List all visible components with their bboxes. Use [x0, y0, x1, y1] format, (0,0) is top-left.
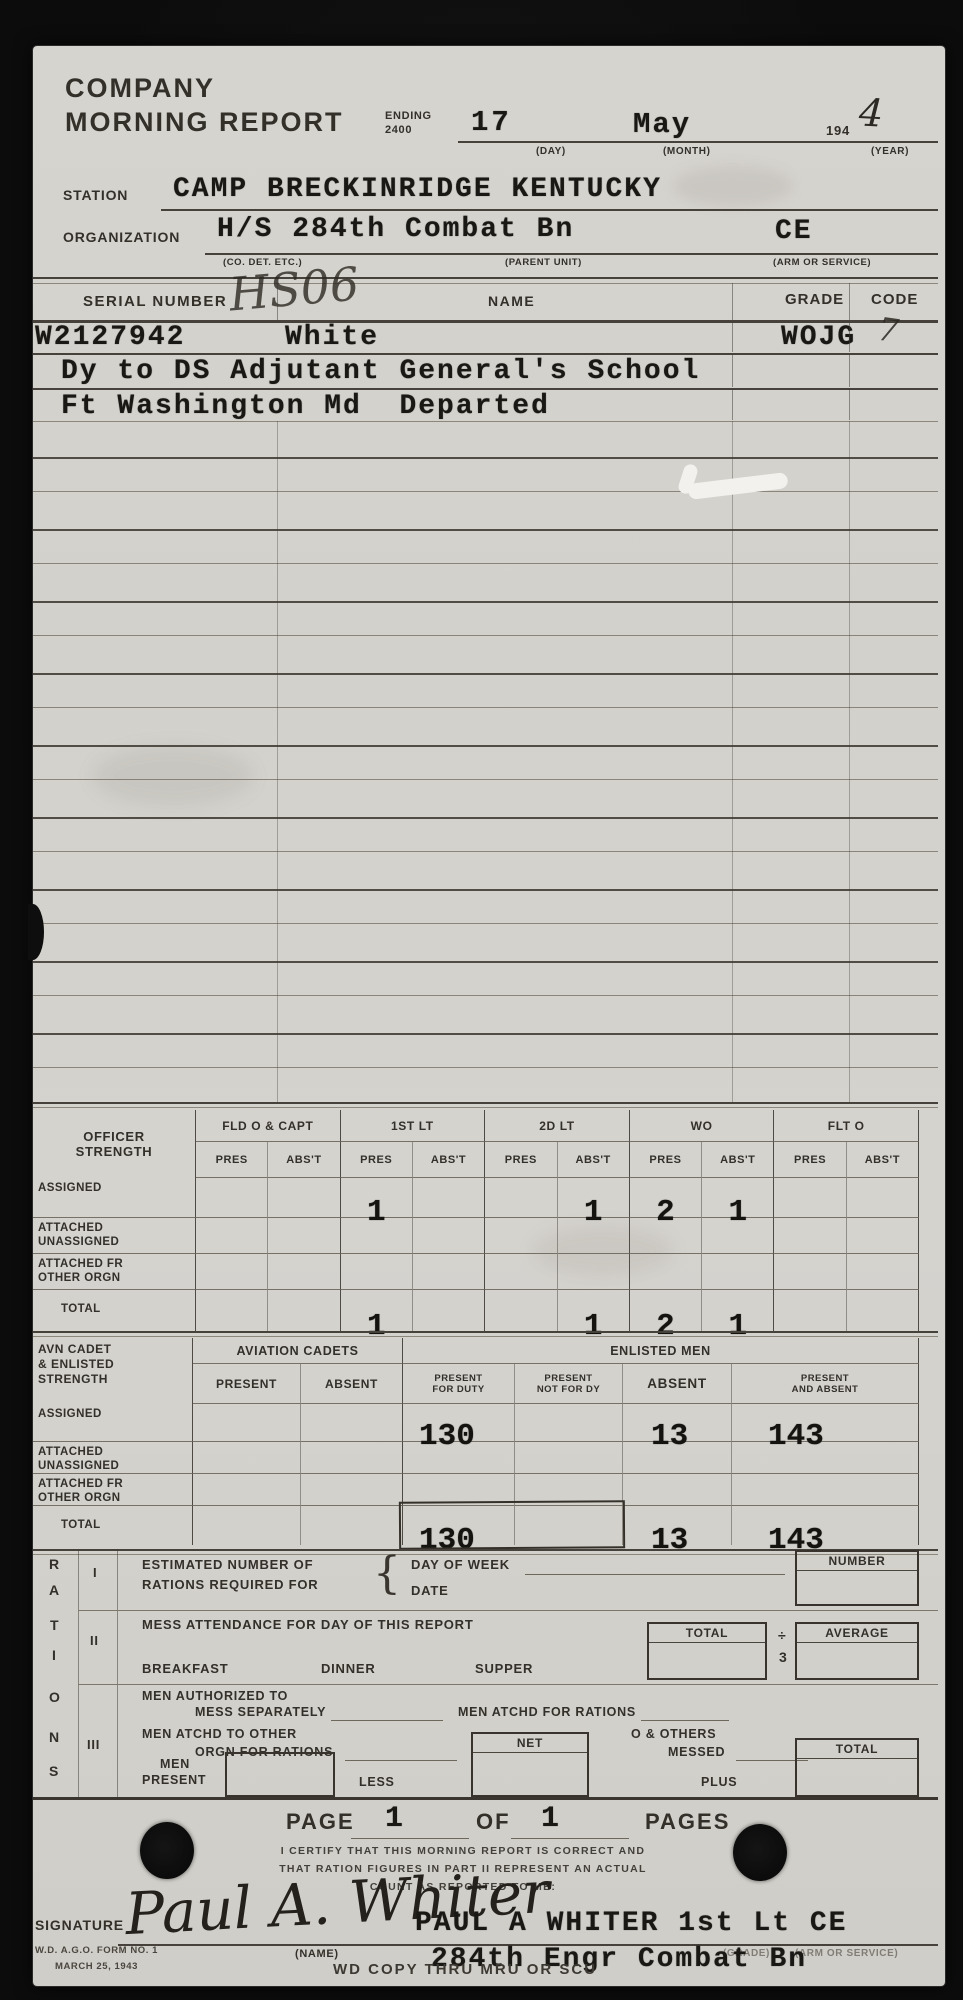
enlisted-cell — [193, 1474, 301, 1506]
name-sublabel: (NAME) — [295, 1948, 339, 1960]
officer-group-1st-lt: 1ST LT — [341, 1110, 486, 1142]
enlisted-cell — [193, 1506, 301, 1545]
enlisted-cell: 13 — [623, 1506, 732, 1545]
officer-cell — [558, 1254, 630, 1290]
rule-line — [161, 209, 938, 211]
entry-grade: WOJG — [781, 324, 856, 352]
rule-line — [732, 283, 733, 320]
rule-line — [117, 1549, 118, 1797]
punch-hole — [733, 1824, 787, 1881]
officer-strength-table: OFFICERSTRENGTH FLD O & CAPT 1ST LT 2D L… — [33, 1110, 919, 1331]
rations-total-box: TOTAL — [795, 1738, 919, 1797]
officer-group-wo: WO — [630, 1110, 775, 1142]
enlisted-cell — [301, 1404, 403, 1442]
entry-remark-line2: Ft Washington Md Departed — [61, 393, 550, 421]
rations-rail-letter: A — [49, 1583, 60, 1598]
enlisted-cell — [515, 1404, 623, 1442]
enlisted-cell — [732, 1442, 919, 1474]
officer-cell — [630, 1218, 702, 1254]
brace-glyph: { — [373, 1548, 401, 1599]
rule-line — [849, 283, 850, 320]
org-sublabel-arm: (ARM OR SERVICE) — [773, 258, 871, 268]
rule-line — [641, 1720, 729, 1721]
officer-group-fldo-capt: FLD O & CAPT — [196, 1110, 341, 1142]
organization-label: ORGANIZATION — [63, 230, 180, 245]
officer-strength-title: OFFICERSTRENGTH — [33, 1110, 196, 1178]
entry-name: White — [285, 324, 379, 352]
day-sublabel: (DAY) — [536, 146, 566, 157]
enlisted-cell — [623, 1442, 732, 1474]
handwritten-header-note: HS06 — [227, 260, 361, 317]
officer-cell — [847, 1218, 919, 1254]
ending-time: 2400 — [385, 124, 412, 136]
enlisted-sub-present: PRESENT — [193, 1364, 301, 1404]
plus-label: PLUS — [701, 1776, 737, 1790]
rule-line — [33, 1331, 938, 1333]
month-sublabel: (MONTH) — [663, 146, 711, 157]
enlisted-group-enlisted-men: ENLISTED MEN — [403, 1338, 919, 1364]
rule-line — [33, 1797, 938, 1800]
rule-line — [78, 1549, 79, 1797]
officer-row-label: ATTACHEDUNASSIGNED — [33, 1218, 196, 1254]
rations-rail-letter: T — [50, 1618, 59, 1633]
officer-cell: 1 — [558, 1290, 630, 1331]
date-day-value: 17 — [471, 108, 512, 137]
pages-label: PAGES — [645, 1810, 730, 1834]
of-label: OF — [476, 1810, 511, 1834]
officer-cell — [630, 1254, 702, 1290]
officer-cell — [485, 1178, 557, 1218]
enlisted-cell — [623, 1474, 732, 1506]
officer-cell — [774, 1218, 846, 1254]
enlisted-sub-absent: ABSENT — [623, 1364, 732, 1404]
enlisted-group-aviation-cadets: AVIATION CADETS — [193, 1338, 403, 1364]
hand-drawn-box — [399, 1500, 625, 1550]
enlisted-cell: 130 — [403, 1404, 515, 1442]
enlisted-strength-title: AVN CADET& ENLISTEDSTRENGTH — [33, 1338, 193, 1404]
officer-sub-pres: PRES — [485, 1142, 557, 1178]
entry-code-handwritten: 7 — [876, 313, 901, 348]
officer-row-label: ASSIGNED — [33, 1178, 196, 1218]
rations-part1-label: ESTIMATED NUMBER OF — [142, 1558, 313, 1572]
enlisted-row-label: ASSIGNED — [33, 1404, 193, 1442]
enlisted-cell — [515, 1442, 623, 1474]
rule-line — [33, 1336, 938, 1337]
enlisted-cell — [301, 1442, 403, 1474]
enlisted-cell: 143 — [732, 1404, 919, 1442]
officer-cell — [774, 1254, 846, 1290]
enlisted-row-label: ATTACHED FROTHER ORGN — [33, 1474, 193, 1506]
enlisted-sub-present-and-absent: PRESENTAND ABSENT — [732, 1364, 919, 1404]
officer-cell: 1 — [341, 1290, 413, 1331]
enlisted-cell — [301, 1506, 403, 1545]
officer-cell — [413, 1290, 485, 1331]
men-atchd-for-rations-label: MEN ATCHD FOR RATIONS — [458, 1706, 636, 1720]
officer-cell — [485, 1218, 557, 1254]
officer-cell — [485, 1254, 557, 1290]
year-sublabel: (YEAR) — [871, 146, 909, 157]
officer-cell — [702, 1254, 774, 1290]
rule-line — [511, 1838, 629, 1839]
rule-line — [732, 421, 733, 1102]
rule-line — [33, 283, 938, 284]
enlisted-row-label: TOTAL — [33, 1506, 193, 1545]
rule-line — [849, 389, 850, 420]
men-authorized-label: MEN AUTHORIZED TO — [142, 1690, 288, 1704]
page-number: 1 — [385, 1804, 403, 1834]
rule-line — [33, 1102, 938, 1104]
rations-part2-numeral: II — [90, 1634, 99, 1648]
officer-sub-abst: ABS'T — [268, 1142, 340, 1178]
date-label: DATE — [411, 1584, 449, 1598]
officer-row-label: TOTAL — [33, 1290, 196, 1331]
mess-separately-label: MESS SEPARATELY — [195, 1706, 326, 1720]
rations-part3-numeral: III — [87, 1738, 100, 1752]
rule-line — [732, 354, 733, 387]
officer-cell — [268, 1178, 340, 1218]
officer-cell — [847, 1178, 919, 1218]
officer-cell — [702, 1218, 774, 1254]
pages-number: 1 — [541, 1804, 559, 1834]
enlisted-cell — [732, 1474, 919, 1506]
form-number: W.D. A.G.O. FORM NO. 1 — [35, 1946, 158, 1956]
officer-sub-abst: ABS'T — [558, 1142, 630, 1178]
enlisted-sub-present-for-duty: PRESENTFOR DUTY — [403, 1364, 515, 1404]
station-value: CAMP BRECKINRIDGE KENTUCKY — [173, 176, 662, 204]
enlisted-cell — [193, 1404, 301, 1442]
organization-value: H/S 284th Combat Bn — [217, 216, 574, 244]
rule-line — [78, 1684, 938, 1685]
rations-rail-letter: I — [52, 1648, 57, 1663]
rule-line — [331, 1720, 443, 1721]
rations-part1-numeral: I — [93, 1566, 97, 1580]
officer-cell: 1 — [341, 1178, 413, 1218]
officer-group-2d-lt: 2D LT — [485, 1110, 630, 1142]
enlisted-sub-absent: ABSENT — [301, 1364, 403, 1404]
organization-arm-value: CE — [775, 218, 813, 246]
enlisted-cell: 13 — [623, 1404, 732, 1442]
mess-total-box: TOTAL — [647, 1622, 767, 1680]
men-present-box — [225, 1752, 335, 1797]
men-present-label: MEN — [160, 1758, 190, 1772]
rule-line — [78, 1610, 938, 1611]
officer-cell — [413, 1218, 485, 1254]
rule-line — [33, 353, 938, 355]
rations-rail-letter: N — [49, 1730, 60, 1745]
officer-cell — [341, 1218, 413, 1254]
officer-cell: 1 — [702, 1290, 774, 1331]
dinner-label: DINNER — [321, 1662, 376, 1676]
officer-sub-abst: ABS'T — [413, 1142, 485, 1178]
enlisted-cell — [301, 1474, 403, 1506]
officer-group-flt-o: FLT O — [774, 1110, 919, 1142]
officer-cell — [413, 1178, 485, 1218]
day-of-week-label: DAY OF WEEK — [411, 1558, 510, 1572]
officer-cell — [774, 1178, 846, 1218]
column-header-code: CODE — [871, 292, 918, 309]
scanned-morning-report: COMPANY MORNING REPORT ENDING 2400 17 Ma… — [0, 0, 963, 2000]
org-sublabel-parent: (PARENT UNIT) — [505, 258, 582, 268]
rule-line — [205, 253, 938, 255]
officer-cell: 2 — [630, 1290, 702, 1331]
rule-line — [33, 1107, 938, 1108]
scan-smudge — [673, 166, 793, 206]
signature-label: SIGNATURE — [35, 1918, 124, 1933]
officer-cell — [485, 1290, 557, 1331]
officer-sub-abst: ABS'T — [702, 1142, 774, 1178]
rule-line — [849, 322, 850, 352]
officer-cell — [558, 1218, 630, 1254]
rule-line — [33, 277, 938, 279]
rule-line — [277, 283, 278, 320]
officer-cell — [196, 1254, 268, 1290]
officer-sub-pres: PRES — [774, 1142, 846, 1178]
form-title-line2: MORNING REPORT — [65, 108, 344, 138]
station-label: STATION — [63, 188, 128, 203]
officer-cell — [413, 1254, 485, 1290]
punch-hole — [140, 1822, 194, 1879]
rule-line — [732, 389, 733, 420]
officer-sub-abst: ABS'T — [847, 1142, 919, 1178]
officer-cell — [196, 1290, 268, 1331]
rule-line — [849, 354, 850, 387]
officer-cell: 2 — [630, 1178, 702, 1218]
men-present-label: PRESENT — [142, 1774, 206, 1788]
men-atchd-other-label: MEN ATCHD TO OTHER — [142, 1728, 297, 1742]
rule-line — [525, 1574, 785, 1575]
enlisted-cell — [403, 1442, 515, 1474]
officer-cell: 1 — [558, 1178, 630, 1218]
rations-rail-letter: S — [49, 1764, 59, 1779]
year-prefix: 194 — [826, 124, 850, 138]
entry-remark-line1: Dy to DS Adjutant General's School — [61, 358, 700, 386]
entry-serial: W2127942 — [35, 324, 185, 352]
rule-line — [277, 421, 278, 1102]
officer-cell — [268, 1254, 340, 1290]
officer-sub-pres: PRES — [341, 1142, 413, 1178]
officer-cell — [268, 1218, 340, 1254]
officer-cell — [847, 1290, 919, 1331]
form-date: MARCH 25, 1943 — [55, 1962, 138, 1972]
enlisted-row-label: ATTACHEDUNASSIGNED — [33, 1442, 193, 1474]
net-box: NET — [471, 1732, 589, 1797]
officer-cell: 1 — [702, 1178, 774, 1218]
messed-label: MESSED — [668, 1746, 725, 1760]
empty-roster-rows — [33, 421, 938, 1102]
enlisted-cell — [193, 1442, 301, 1474]
rule-line — [458, 141, 938, 143]
report-card: COMPANY MORNING REPORT ENDING 2400 17 Ma… — [33, 46, 945, 1986]
form-title-line1: COMPANY — [65, 74, 215, 104]
officer-cell — [196, 1218, 268, 1254]
officer-cell — [341, 1254, 413, 1290]
rations-rail-letter: R — [49, 1557, 60, 1572]
column-header-serial: SERIAL NUMBER — [83, 294, 227, 311]
rule-line — [732, 322, 733, 352]
column-header-grade: GRADE — [785, 292, 844, 309]
enlisted-cell: 143 — [732, 1506, 919, 1545]
rule-line — [345, 1760, 457, 1761]
rule-line — [351, 1838, 469, 1839]
rations-rail-letter: O — [49, 1690, 61, 1705]
wd-copy-line: WD COPY THRU MRU OR SCU — [333, 1962, 597, 1979]
officer-sub-pres: PRES — [196, 1142, 268, 1178]
mess-attendance-title: MESS ATTENDANCE FOR DAY OF THIS REPORT — [142, 1618, 474, 1632]
enlisted-sub-present-not-for-dy: PRESENTNOT FOR DY — [515, 1364, 623, 1404]
ending-label: ENDING — [385, 110, 432, 122]
officer-cell — [196, 1178, 268, 1218]
typed-officer-name: PAUL A WHITER 1st Lt CE — [415, 1910, 847, 1938]
officer-cell — [268, 1290, 340, 1331]
officer-sub-pres: PRES — [630, 1142, 702, 1178]
page-label: PAGE — [286, 1810, 355, 1834]
o-and-others-label: O & OTHERS — [631, 1728, 716, 1742]
officer-cell — [774, 1290, 846, 1331]
rule-line — [33, 388, 938, 390]
divided-by-sign: ÷ — [778, 1628, 787, 1643]
number-box: NUMBER — [795, 1550, 919, 1606]
rule-line — [849, 421, 850, 1102]
divisor-value: 3 — [779, 1650, 788, 1665]
arm-sublabel: (ARM OR SERVICE) — [795, 1948, 898, 1959]
date-month-value: May — [633, 110, 691, 139]
officer-row-label: ATTACHED FROTHER ORGN — [33, 1254, 196, 1290]
rations-part1-label: RATIONS REQUIRED FOR — [142, 1578, 318, 1592]
certification-line: I CERTIFY THAT THIS MORNING REPORT IS CO… — [183, 1846, 743, 1858]
column-header-name: NAME — [488, 294, 535, 309]
less-label: LESS — [359, 1776, 395, 1790]
year-handwritten-digit: 4 — [858, 93, 884, 132]
officer-cell — [847, 1254, 919, 1290]
average-box: AVERAGE — [795, 1622, 919, 1680]
supper-label: SUPPER — [475, 1662, 533, 1676]
breakfast-label: BREAKFAST — [142, 1662, 228, 1676]
